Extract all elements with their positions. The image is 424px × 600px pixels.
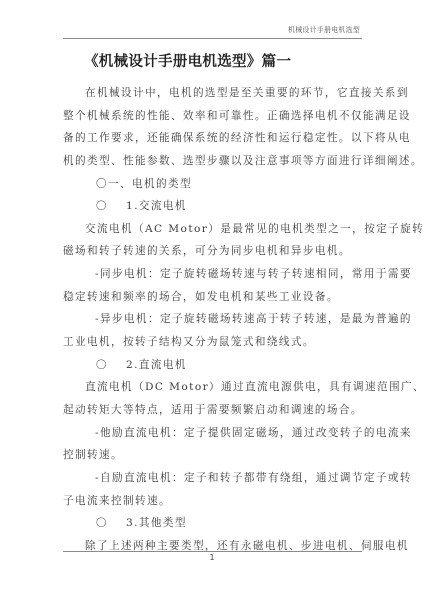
paragraph-line: -同步电机：定子旋转磁场转速与转子转速相同，常用于需要 (63, 263, 363, 286)
section-heading: 〇一、电机的类型 (63, 173, 363, 196)
paragraph-line: 直流电机（DC Motor）通过直流电源供电，具有调速范围广、 (63, 376, 363, 399)
paragraph-line: 整个机械系统的性能、效率和可靠性。正确选择电机不仅能满足设 (63, 105, 363, 128)
circle-bullet-icon: 〇 (96, 195, 126, 218)
subsection-heading-dc: 〇2.直流电机 (63, 354, 363, 377)
subsection-heading-ac: 〇1.交流电机 (63, 195, 363, 218)
paragraph-line: 工业电机，按转子结构又分为鼠笼式和绕线式。 (63, 331, 363, 354)
paragraph-line: 交流电机（AC Motor）是最常见的电机类型之一，按定子旋转 (63, 218, 363, 241)
circle-bullet-icon: 〇 (96, 354, 126, 377)
subsection-label: 2.直流电机 (126, 359, 187, 371)
paragraph-line: 稳定转速和频率的场合，如发电机和某些工业设备。 (63, 286, 363, 309)
page-number: 1 (0, 553, 424, 562)
document-title: 《机械设计手册电机选型》篇一 (84, 50, 291, 71)
footer-divider (63, 551, 362, 552)
paragraph-line: 控制转速。 (63, 444, 363, 467)
paragraph-line: 在机械设计中，电机的选型是至关重要的环节，它直接关系到 (63, 82, 363, 105)
subsection-label: 3.其他类型 (126, 517, 187, 529)
subsection-label: 1.交流电机 (126, 200, 187, 212)
paragraph-line: 磁场和转子转速的关系，可分为同步电机和异步电机。 (63, 240, 363, 263)
paragraph-line: 子电流来控制转速。 (63, 490, 363, 513)
circle-bullet-icon: 〇 (96, 512, 126, 535)
document-page: 机械设计手册电机选型 《机械设计手册电机选型》篇一 在机械设计中，电机的选型是至… (0, 0, 424, 600)
paragraph-line: -自励直流电机：定子和转子都带有绕组，通过调节定子或转 (63, 467, 363, 490)
paragraph-line: 机的类型、性能参数、选型步骤以及注意事项等方面进行详细阐述。 (63, 150, 363, 173)
paragraph-line: 起动转矩大等特点，适用于需要频繁启动和调速的场合。 (63, 399, 363, 422)
header-divider (63, 38, 362, 39)
running-header: 机械设计手册电机选型 (288, 25, 360, 35)
paragraph-line: -异步电机：定子旋转磁场转速高于转子转速，是最为普遍的 (63, 308, 363, 331)
subsection-heading-other: 〇3.其他类型 (63, 512, 363, 535)
paragraph-line: 备的工作要求，还能确保系统的经济性和运行稳定性。以下将从电 (63, 127, 363, 150)
paragraph-line: -他励直流电机：定子提供固定磁场，通过改变转子的电流来 (63, 422, 363, 445)
document-body: 在机械设计中，电机的选型是至关重要的环节，它直接关系到 整个机械系统的性能、效率… (63, 82, 363, 557)
